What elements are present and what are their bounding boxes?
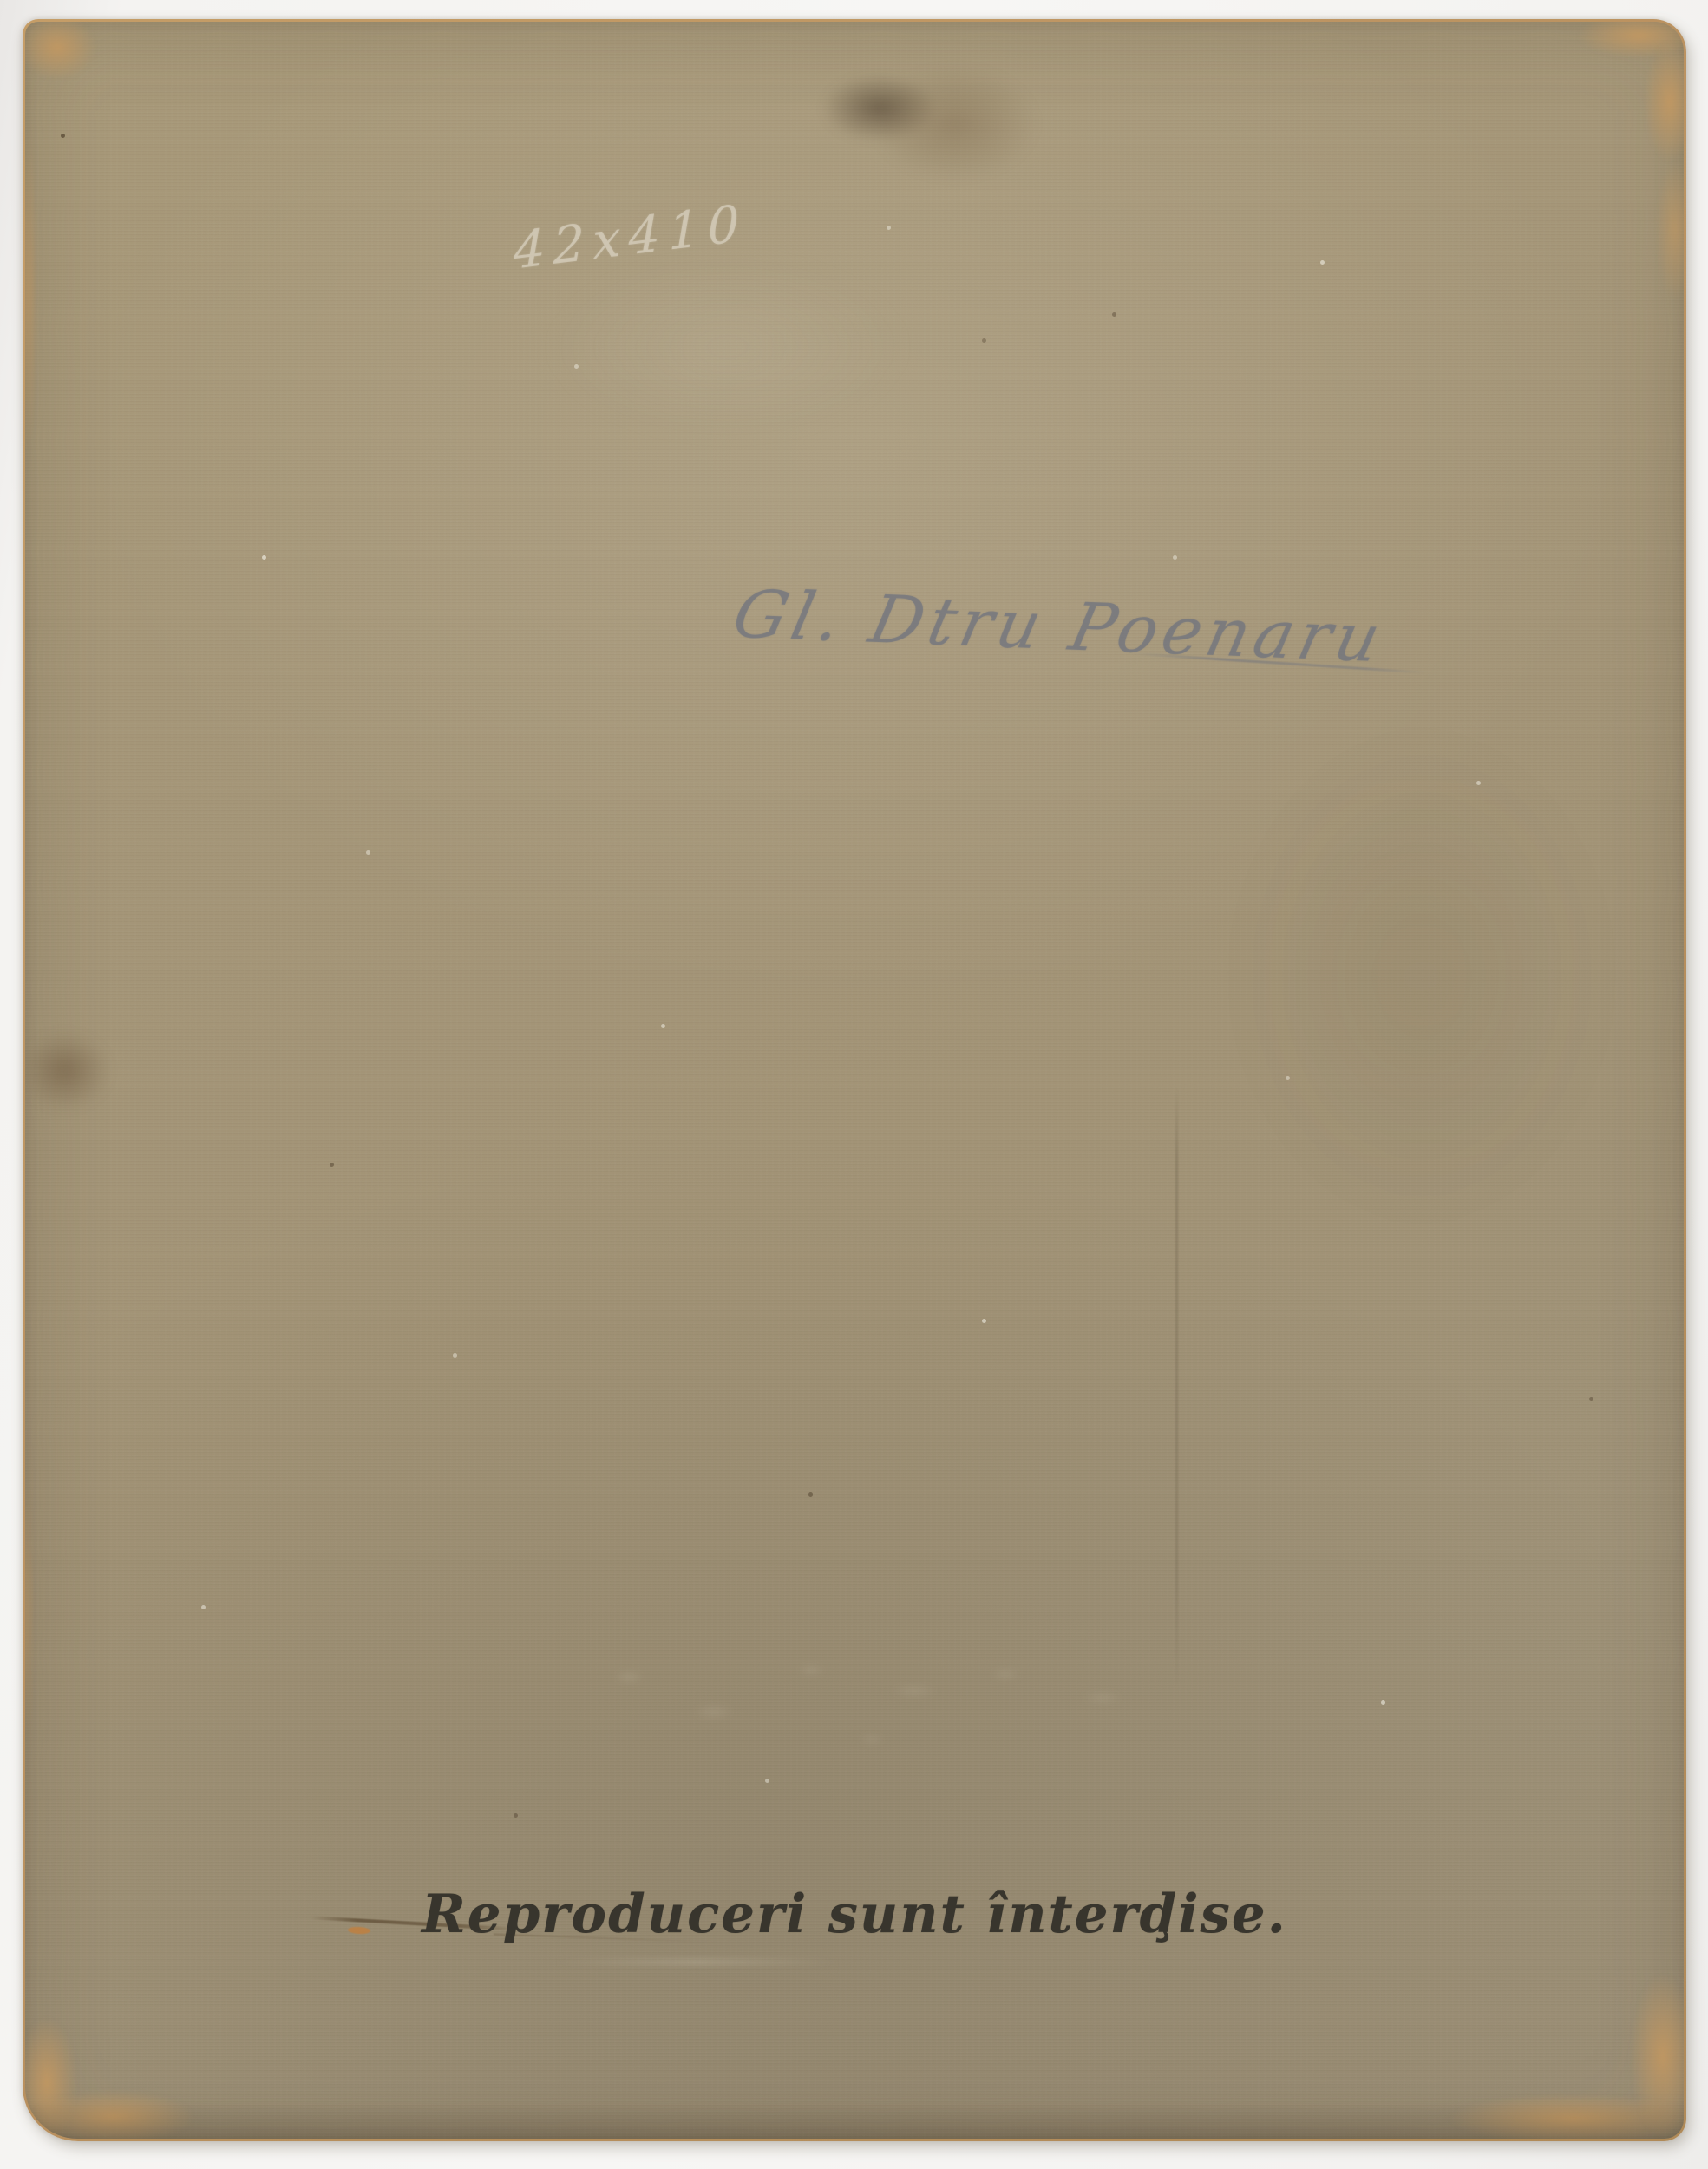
shading-right-middle — [1240, 733, 1604, 1219]
light-patch-top-center — [546, 256, 910, 438]
corner-wear-bottom-left — [25, 2017, 77, 2139]
edge-wear-bottom-right — [1448, 2094, 1684, 2139]
handwritten-inventory-number: 42x410 — [513, 193, 747, 280]
bottom-edge-shadow — [25, 2102, 1684, 2139]
stain-top-center — [796, 37, 1048, 185]
dark-specks — [25, 22, 28, 24]
smear-under-notice — [554, 1958, 841, 1966]
corner-wear-bottom-right — [1630, 1974, 1684, 2139]
paper-grain-texture — [25, 22, 1684, 2139]
edge-wear-bottom-left — [30, 2090, 195, 2139]
printed-reproduction-notice: Reproduceri sunt înterḑise. — [25, 1884, 1684, 1945]
paper-weave-texture — [25, 22, 1684, 2139]
edge-wear-left-upper — [25, 126, 37, 455]
corner-wear-top-left — [25, 22, 96, 80]
vertical-crease — [1175, 1087, 1178, 1686]
scan-background: { "inscriptions": { "inventory_number": … — [0, 0, 1708, 2169]
smudge-left-edge — [25, 1016, 133, 1137]
card-surface: 42x410 Gl. Dtru Poenaru Reproduceri sunt… — [25, 22, 1684, 2139]
photo-mount-verso-card: 42x410 Gl. Dtru Poenaru Reproduceri sunt… — [23, 19, 1686, 2141]
corner-wear-top-right — [1644, 41, 1684, 162]
mottled-band-bottom-center — [580, 1635, 1188, 1774]
edge-wear-top-right — [1578, 22, 1684, 58]
edge-wear-right-upper — [1656, 161, 1684, 299]
light-specks — [25, 22, 28, 24]
handwritten-signature: Gl. Dtru Poenaru — [727, 575, 1392, 677]
edge-wear-left-lower — [25, 1479, 34, 1740]
